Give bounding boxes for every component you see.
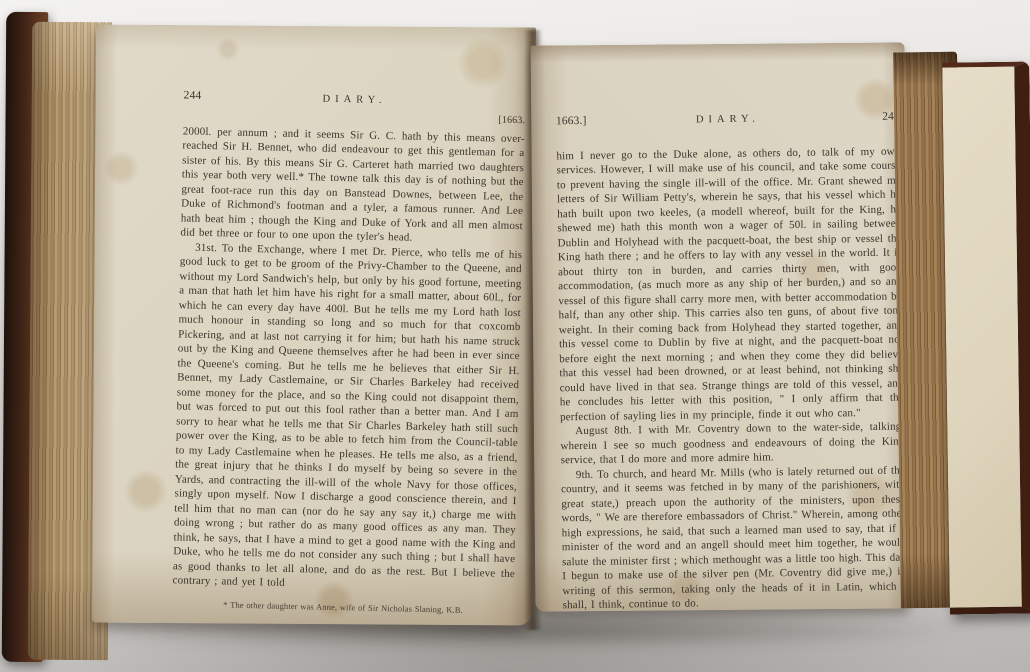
book-page-245: 1663.] DIARY. 245 him I never go to the … [531,42,910,611]
page-245-content: 1663.] DIARY. 245 him I never go to the … [556,110,907,613]
right-leather-cover-endpaper [942,61,1030,614]
running-title-left: DIARY. [322,93,386,109]
photo-of-open-book: 244 DIARY. [1663. 2000l. per annum ; and… [0,0,1030,672]
paragraph-continuation: him I never go to the Duke alone, as oth… [556,144,904,424]
book-page-244: 244 DIARY. [1663. 2000l. per annum ; and… [92,24,536,625]
paragraph-entry-31st: 31st. To the Exchange, where I met Dr. P… [172,240,522,596]
page-244-footnote: * The other daughter was Anne, wife of S… [172,596,514,618]
paragraph-entry-august-8th: August 8th. I with Mr. Coventry down to … [560,419,905,467]
page-245-body: him I never go to the Duke alone, as oth… [556,144,906,613]
page-number-left: 244 [183,88,243,104]
paragraph-continuation: 2000l. per annum ; and it seems Sir G. C… [180,124,525,248]
header-spacer [465,105,525,106]
header-gap [556,127,900,145]
page-244-body: 2000l. per annum ; and it seems Sir G. C… [172,124,524,596]
year-marker-right: 1663.] [556,113,616,128]
page-number-right: 245 [840,110,900,125]
page-244-content: 244 DIARY. [1663. 2000l. per annum ; and… [172,88,526,618]
running-title-right: DIARY. [696,112,760,127]
paragraph-entry-9th: 9th. To church, and heard Mr. Mills (who… [561,463,907,613]
